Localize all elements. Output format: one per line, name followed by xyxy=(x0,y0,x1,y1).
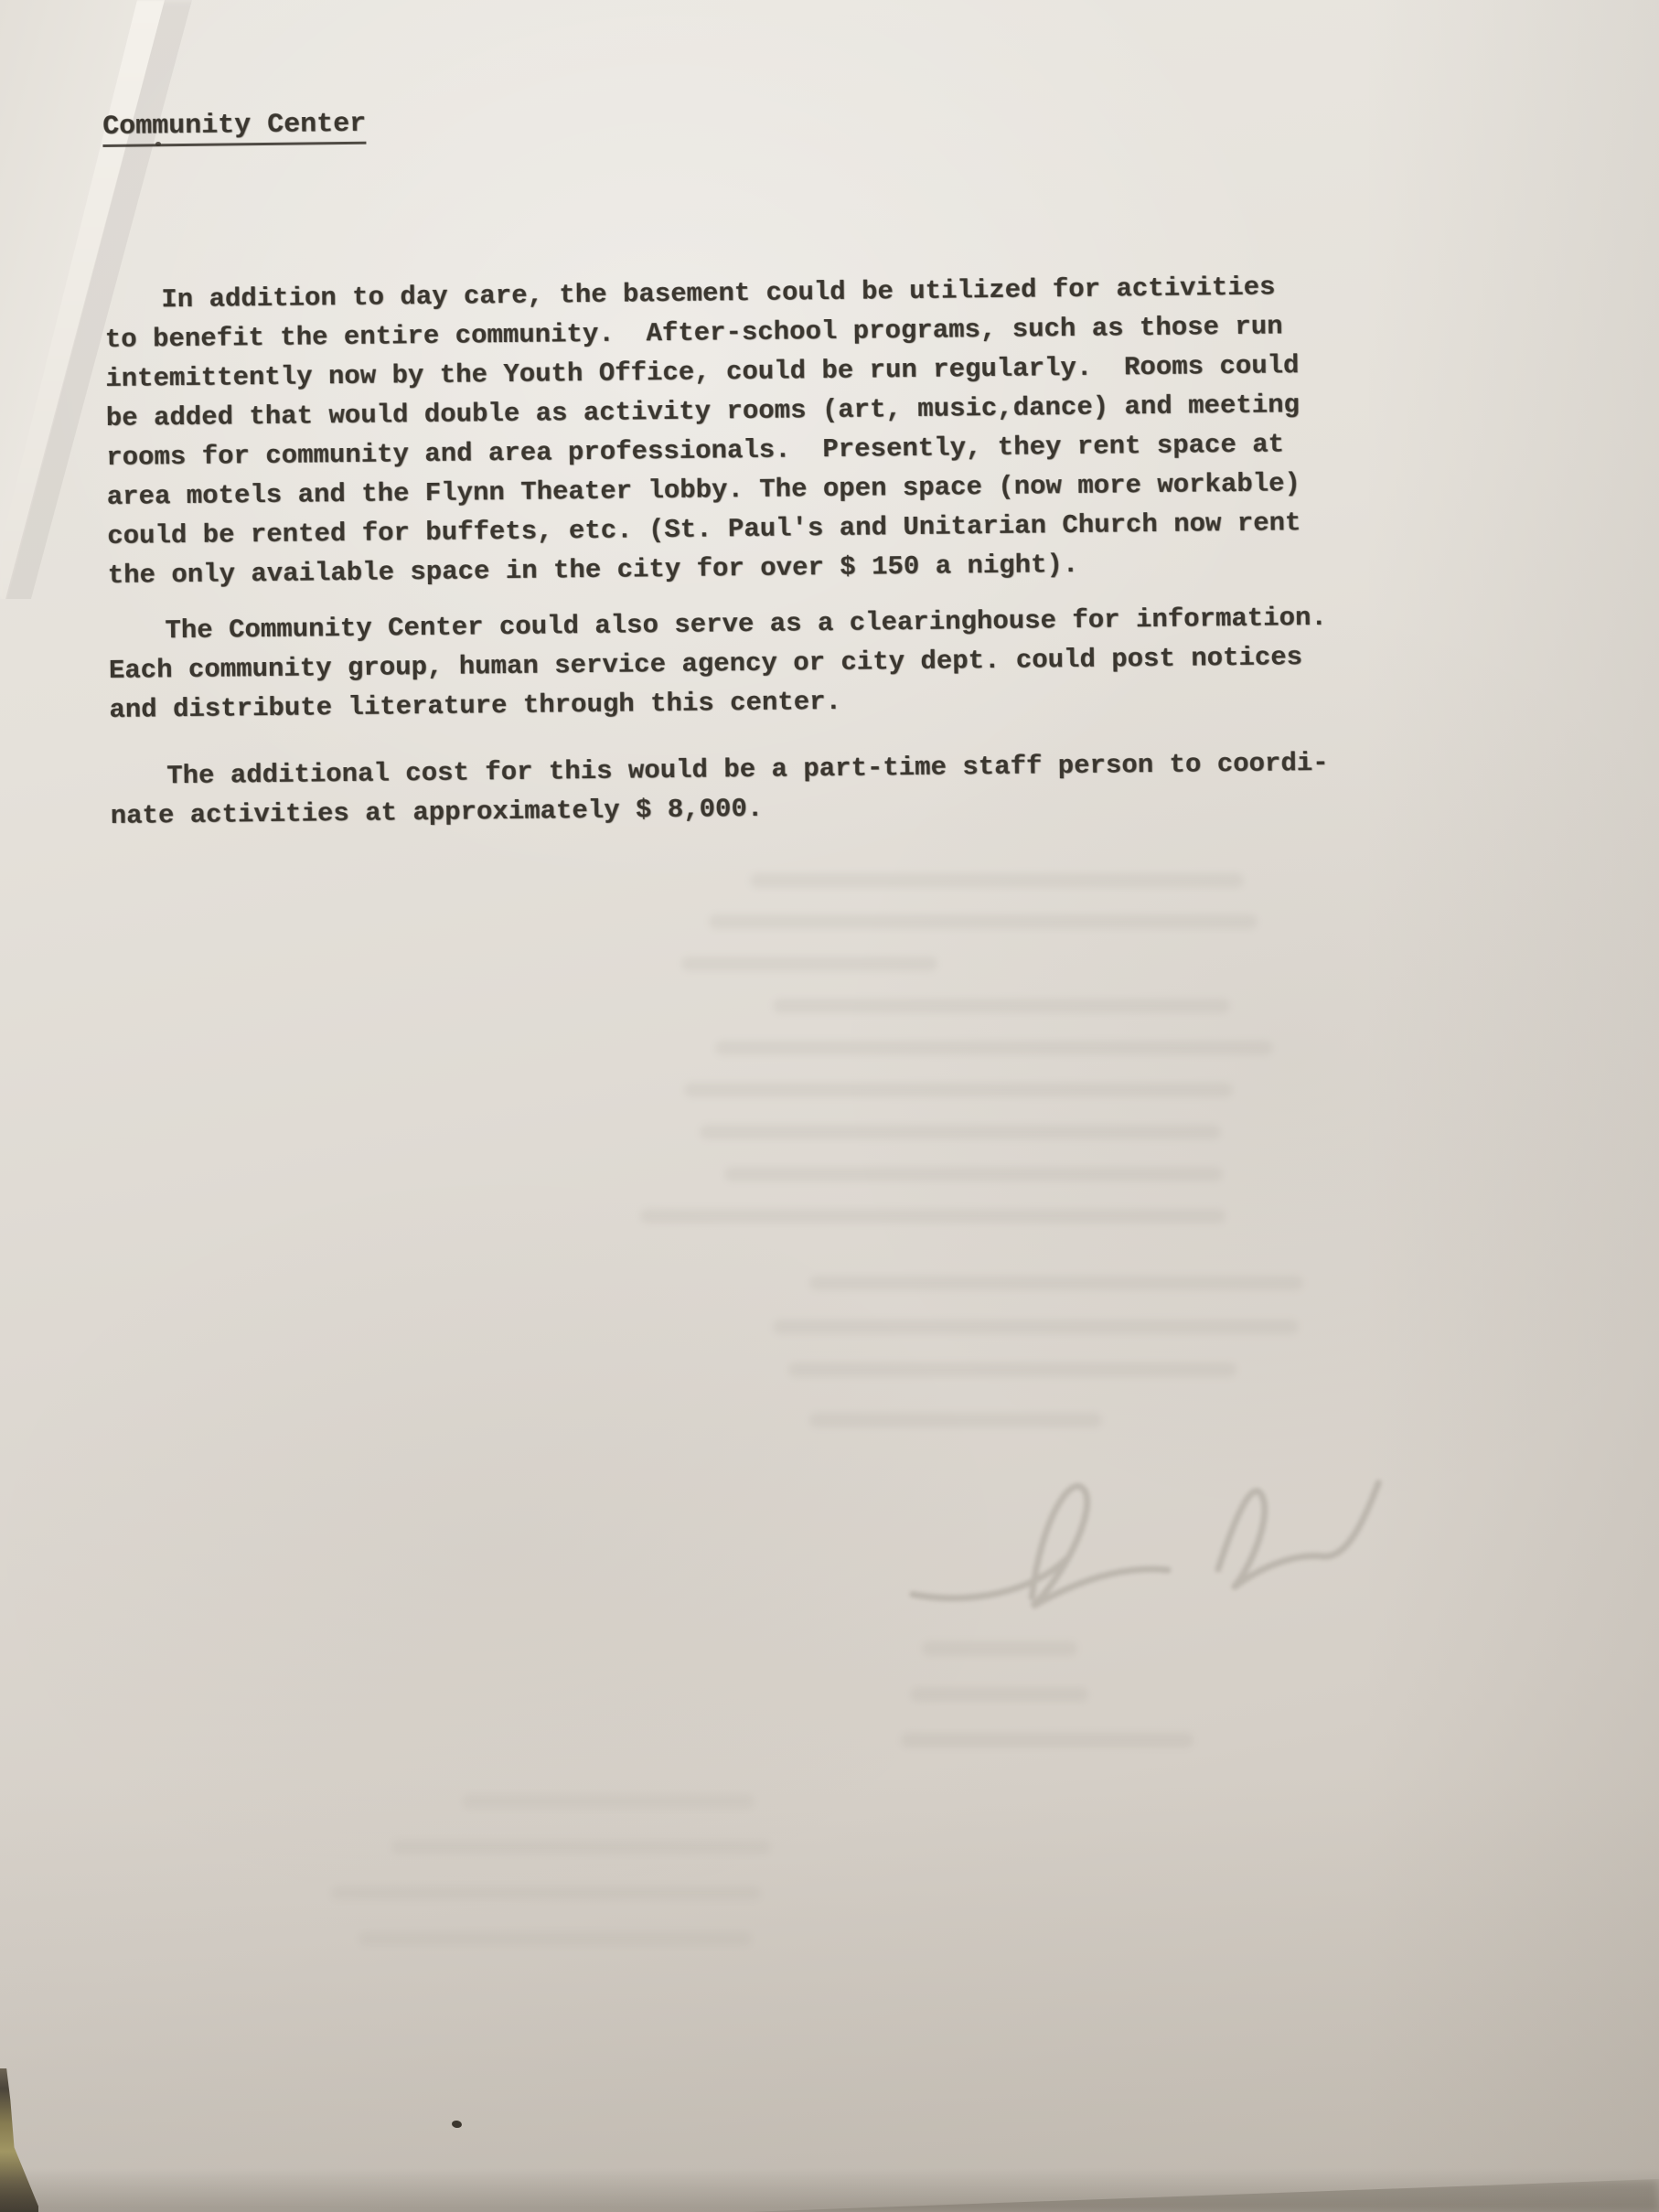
vignette-overlay xyxy=(0,0,1659,2212)
photographed-document-page: Community Center In addition to day care… xyxy=(0,0,1659,2212)
